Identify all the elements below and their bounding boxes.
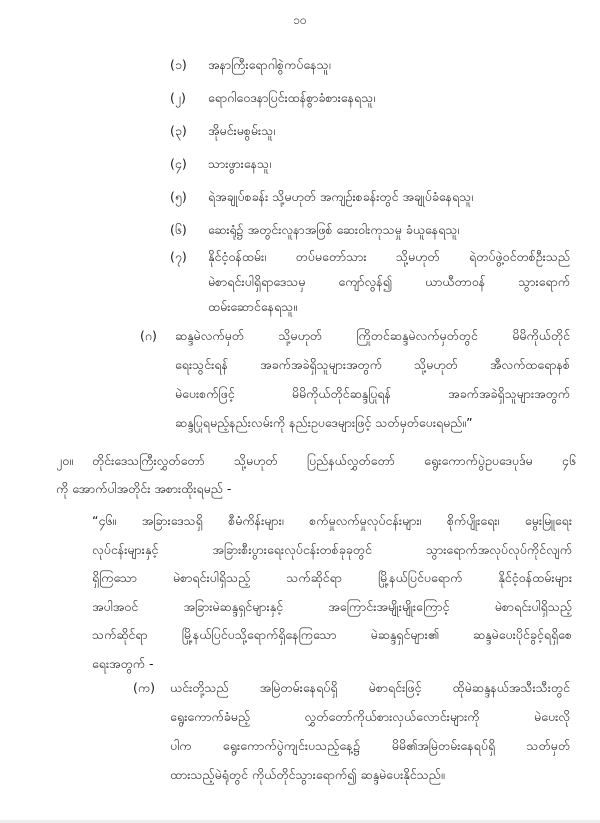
list-item-text: အနာကြီးရောဂါစွဲကပ်နေသူ၊ <box>208 51 331 78</box>
list-item: (၅) ရဲအချုပ်စခန်း သို့မဟုတ် အကျဉ်းစခန်းတ… <box>170 183 570 210</box>
list-item: (၄) သားဖွားနေသူ၊ <box>170 150 570 177</box>
text-line: သက်ဆိုင်ရာ မြို့နယ်ပြင်ပသို့ရောက်ရှိနေကြ… <box>92 621 572 650</box>
list-item: (၃) အိုမင်းမစွမ်းသူ၊ <box>170 117 570 144</box>
text-line: ရှိကြသော မဲစာရင်းပါရှိသည့် သက်ဆိုင်ရာ မြ… <box>92 564 572 593</box>
list-item: (၁) အနာကြီးရောဂါစွဲကပ်နေသူ၊ <box>170 51 570 78</box>
list-item-number: (၇) <box>170 244 187 269</box>
list-item-text: ရဲအချုပ်စခန်း သို့မဟုတ် အကျဉ်းစခန်းတွင် … <box>208 183 473 210</box>
text-line: နိုင်ငံ့ဝန်ထမ်း၊ တပ်မတော်သား သို့မဟုတ် ရ… <box>208 244 570 269</box>
list-item: (၇) နိုင်ငံ့ဝန်ထမ်း၊ တပ်မတော်သား သို့မဟု… <box>170 244 570 324</box>
text-line: လုပ်ငန်းများနှင့် အခြားစီးပွားရေးလုပ်ငန်… <box>92 536 572 565</box>
clause-text: ဆန္ဒမဲလက်မှတ် သို့မဟုတ် ကြိုတင်ဆန္ဒမဲလက်… <box>175 321 570 437</box>
text-line: တိုင်းဒေသကြီးလွှတ်တော် သို့မဟုတ် ပြည်နယ်… <box>56 447 576 475</box>
document-page: ၁၀ (၁) အနာကြီးရောဂါစွဲကပ်နေသူ၊ (၂) ရောဂါ… <box>0 0 600 820</box>
list-item-text: အိုမင်းမစွမ်းသူ၊ <box>208 117 275 144</box>
list-item-number: (၃) <box>170 117 187 144</box>
list-item-number: (၅) <box>170 183 187 210</box>
list-item-text: သားဖွားနေသူ၊ <box>208 150 271 177</box>
list-item-text: ဆေးရုံ၌ အတွင်းလူနာအဖြစ် ဆေးဝါးကုသမှု ခံယ… <box>208 216 459 243</box>
list-item: (၆) ဆေးရုံ၌ အတွင်းလူနာအဖြစ် ဆေးဝါးကုသမှု… <box>170 216 570 243</box>
list-item-text: နိုင်ငံ့ဝန်ထမ်း၊ တပ်မတော်သား သို့မဟုတ် ရ… <box>208 244 570 319</box>
text-line: ထားသည့်မဲရုံတွင် ကိုယ်တိုင်သွားရောက်၍ ဆန… <box>170 760 570 789</box>
list-item: (၂) ရောဂါဝေဒနာပြင်းထန်စွာခံစားနေရသူ၊ <box>170 84 570 111</box>
text-line: ဆန္ဒမဲလက်မှတ် သို့မဟုတ် ကြိုတင်ဆန္ဒမဲလက်… <box>175 321 570 350</box>
text-line: အပါအဝင် အခြားမဲဆန္ဒရှင်များနှင့် အကြောင်… <box>92 593 572 622</box>
page-number: ၁၀ <box>0 12 600 30</box>
list-item-number: (၁) <box>170 51 187 78</box>
clause-item: (က) ယင်းတို့သည် အမြဲတမ်းနေရပ်ရှိ မဲစာရင်… <box>133 673 573 793</box>
text-line: မဲပေးစက်ဖြင့် မိမိကိုယ်တိုင်ဆန္ဒပြုရန် အ… <box>175 379 570 408</box>
list-item-number: (၂) <box>170 84 186 111</box>
text-line: ကို အောက်ပါအတိုင်း အစားထိုးရမည် - <box>56 475 576 503</box>
text-line: ယင်းတို့သည် အမြဲတမ်းနေရပ်ရှိ မဲစာရင်းဖြင… <box>170 673 570 702</box>
text-line: ထမ်းဆောင်နေရသူ။ <box>208 294 570 319</box>
section-paragraph: ၂၀။ တိုင်းဒေသကြီးလွှတ်တော် သို့မဟုတ် ပြည… <box>56 447 576 507</box>
text-line: မဲစာရင်းပါရှိရာဒေသမှ ကျော်လွန်၍ ယာယီတာဝန… <box>208 269 570 294</box>
section-text: တိုင်းဒေသကြီးလွှတ်တော် သို့မဟုတ် ပြည်နယ်… <box>56 447 576 503</box>
list-item-number: (၄) <box>170 150 187 177</box>
text-line: ဆန္ဒပြုရမည့်နည်းလမ်းကို နည်းဥပဒေများဖြင့… <box>175 408 570 437</box>
text-line: ရေးသွင်းရန် အခက်အခဲရှိသူများအတွက် သို့မဟ… <box>175 350 570 379</box>
clause-text: ယင်းတို့သည် အမြဲတမ်းနေရပ်ရှိ မဲစာရင်းဖြင… <box>170 673 570 789</box>
quoted-section: “၄၆။ အခြားဒေသရှိ စီမံကိန်းများ၊ စက်မှုလက… <box>92 507 572 677</box>
clause-number: (က) <box>133 673 155 702</box>
quoted-section-text: “၄၆။ အခြားဒေသရှိ စီမံကိန်းများ၊ စက်မှုလက… <box>92 507 572 678</box>
text-line: “၄၆။ အခြားဒေသရှိ စီမံကိန်းများ၊ စက်မှုလက… <box>92 507 572 536</box>
text-line: ပါက ရွေးကောက်ပွဲကျင်းပသည့်နေ့၌ မိမိ၏အမြဲ… <box>170 731 570 760</box>
text-line: ရွေးကောက်ခံမည့် လွှတ်တော်ကိုယ်စားလှယ်လော… <box>170 702 570 731</box>
clause-number: (ဂ) <box>140 321 157 350</box>
list-item-number: (၆) <box>170 216 187 243</box>
list-item-text: ရောဂါဝေဒနာပြင်းထန်စွာခံစားနေရသူ၊ <box>208 84 375 111</box>
clause-item: (ဂ) ဆန္ဒမဲလက်မှတ် သို့မဟုတ် ကြိုတင်ဆန္ဒမ… <box>140 321 570 441</box>
